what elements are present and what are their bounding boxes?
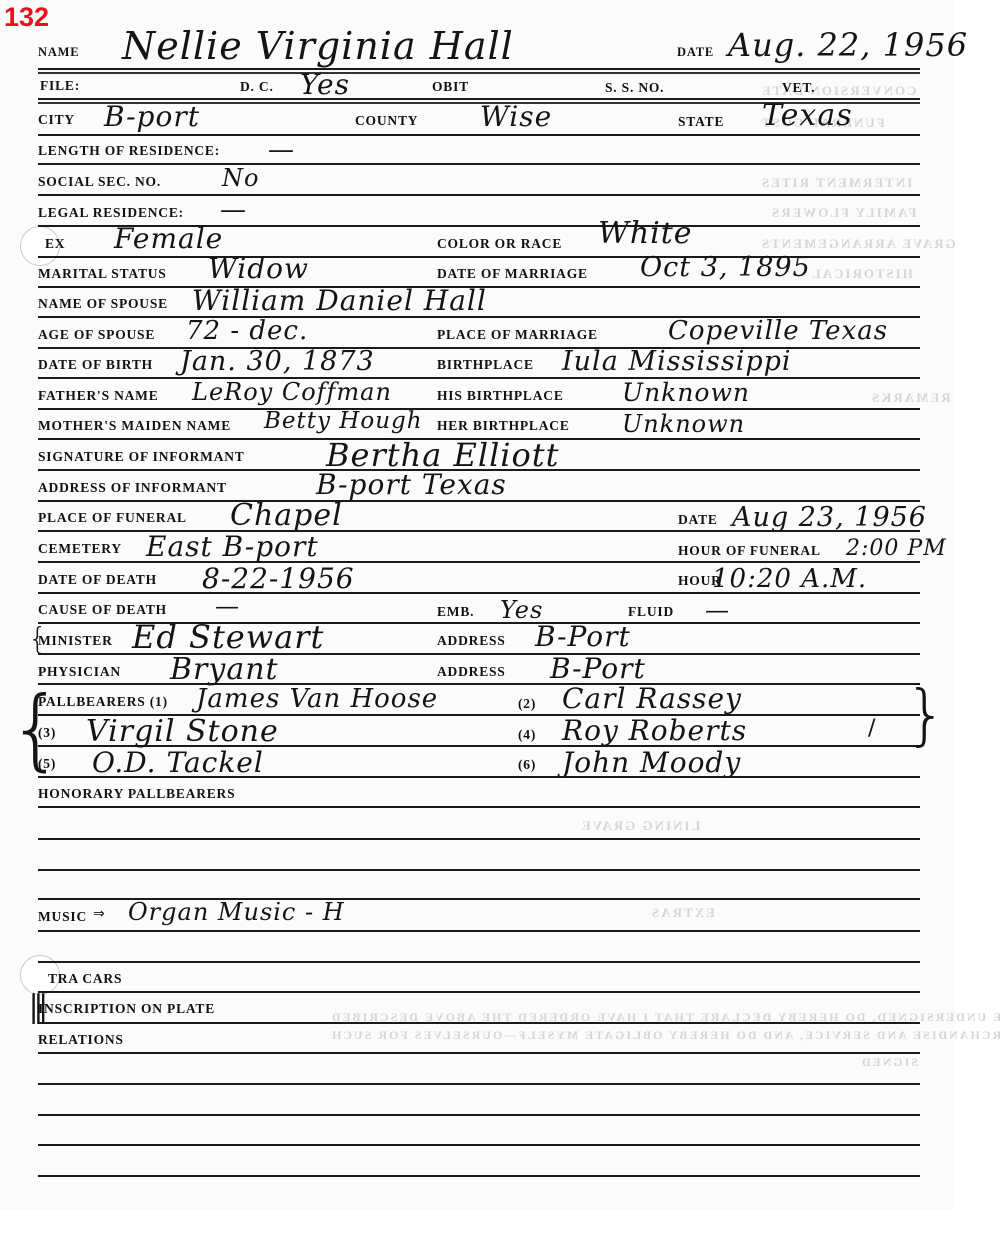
rule-blank-4 [38, 961, 920, 963]
label-his-birthplace: HIS BIRTHPLACE [437, 388, 564, 404]
value-city: B-port [104, 100, 200, 133]
label-social-sec-no: SOCIAL SEC. NO. [38, 174, 161, 190]
label-sex: EX [45, 236, 65, 252]
value-music: Organ Music - H [128, 898, 345, 926]
value-social-sec-no: No [222, 164, 259, 192]
value-dc: Yes [300, 68, 350, 101]
value-pallbearer-2: Carl Rassey [562, 682, 742, 715]
label-date-of-birth: DATE OF BIRTH [38, 357, 153, 373]
label-pallbearer-2: (2) [518, 696, 536, 712]
label-legal-residence: LEGAL RESIDENCE: [38, 205, 184, 221]
rule-dob [38, 377, 920, 379]
label-color-or-race: COLOR OR RACE [437, 236, 562, 252]
value-place-of-marriage: Copeville Texas [668, 316, 888, 346]
label-music: MUSIC [38, 909, 87, 925]
label-mothers-maiden-name: MOTHER'S MAIDEN NAME [38, 418, 231, 434]
label-address-of-informant: ADDRESS OF INFORMANT [38, 480, 227, 496]
label-fluid: FLUID [628, 604, 674, 620]
label-file: FILE: [40, 78, 80, 94]
label-physician-address: ADDRESS [437, 664, 506, 680]
rule-blank-2 [38, 869, 920, 871]
label-minister-address: ADDRESS [437, 633, 506, 649]
label-county: COUNTY [355, 113, 418, 129]
bleed-extras: EXTRAS [650, 905, 715, 921]
label-place-of-marriage: PLACE OF MARRIAGE [437, 327, 598, 343]
value-physician-address: B-Port [550, 652, 646, 685]
rule-blank-5 [38, 1083, 920, 1085]
rule-relations [38, 1052, 920, 1054]
label-pallbearer-6: (6) [518, 757, 536, 773]
label-age-of-spouse: AGE OF SPOUSE [38, 327, 155, 343]
rule-blank-1 [38, 838, 920, 840]
value-funeral-date: Aug 23, 1956 [732, 502, 927, 533]
bleed-lining-grave: LINING GRAVE [580, 818, 700, 834]
label-date: DATE [677, 45, 714, 60]
value-fathers-name: LeRoy Coffman [192, 378, 392, 406]
label-name-of-spouse: NAME OF SPOUSE [38, 296, 168, 312]
bleed-historical: HISTORICAL [810, 266, 913, 282]
rule-father [38, 408, 920, 410]
value-county: Wise [480, 100, 552, 133]
value-date-of-birth: Jan. 30, 1873 [180, 346, 375, 377]
value-length-of-residence: — [268, 135, 295, 165]
brace-pallbearers-left-icon: { [8, 685, 64, 773]
rule-social-sec [38, 194, 920, 196]
value-legal-residence: — [220, 195, 247, 225]
rule-city [38, 134, 920, 136]
value-mothers-maiden-name: Betty Hough [264, 408, 423, 434]
label-hour-of-funeral: HOUR OF FUNERAL [678, 543, 821, 559]
value-date-of-death: 8-22-1956 [202, 562, 355, 595]
value-pallbearer-1: James Van Hoose [196, 684, 438, 714]
value-cause-of-death: — [215, 592, 240, 620]
value-minister-address: B-Port [535, 620, 631, 653]
value-minister: Ed Stewart [132, 618, 324, 656]
rule-inscription [38, 1022, 920, 1024]
value-date-of-marriage: Oct 3, 1895 [640, 252, 811, 283]
bleed-statement-2: MERCHANDISE AND SERVICE, AND DO HEREBY O… [330, 1028, 1000, 1043]
value-sex: Female [114, 222, 223, 255]
value-birthplace: Iula Mississippi [562, 346, 792, 377]
label-pallbearer-4: (4) [518, 727, 536, 743]
page-number: 132 [4, 2, 49, 33]
value-pallbearer-6: John Moody [562, 746, 741, 779]
rule-blank-6 [38, 1114, 920, 1116]
label-obit: OBIT [432, 79, 469, 95]
bleed-remarks: REMARKS [870, 390, 950, 406]
value-marital-status: Widow [208, 252, 309, 285]
value-color-or-race: White [598, 216, 693, 251]
value-cemetery: East B-port [146, 530, 319, 563]
label-fathers-name: FATHER'S NAME [38, 388, 159, 404]
value-pallbearer-4: Roy Roberts [562, 714, 747, 747]
label-date-of-marriage: DATE OF MARRIAGE [437, 266, 588, 282]
arrow-mark-icon: ⇒ [93, 906, 105, 922]
check-mark-icon: / [868, 716, 875, 741]
value-hour: 10:20 A.M. [712, 564, 867, 594]
value-date: Aug. 22, 1956 [728, 26, 968, 64]
label-state: STATE [678, 114, 724, 130]
value-her-birthplace: Unknown [622, 410, 745, 438]
value-address-of-informant: B-port Texas [316, 468, 507, 501]
bleed-grave-arrangements: GRAVE ARRANGEMENTS [760, 236, 956, 252]
value-his-birthplace: Unknown [622, 378, 750, 407]
label-dc: D. C. [240, 79, 274, 95]
rule-music [38, 930, 920, 932]
rule-extra-cars [38, 991, 920, 993]
label-inscription-on-plate: INSCRIPTION ON PLATE [38, 1001, 215, 1017]
label-length-of-residence: LENGTH OF RESIDENCE: [38, 143, 220, 159]
value-place-of-funeral: Chapel [230, 498, 343, 533]
rule-blank-8 [38, 1175, 920, 1177]
label-date-of-death: DATE OF DEATH [38, 572, 157, 588]
label-ss-no: S. S. NO. [605, 80, 664, 96]
bleed-statement-3: SIGNED [860, 1055, 918, 1070]
label-relations: RELATIONS [38, 1032, 124, 1048]
label-name: NAME [38, 45, 79, 60]
label-honorary-pallbearers: HONORARY PALLBEARERS [38, 786, 235, 802]
rule-length-residence [38, 163, 920, 165]
label-funeral-date: DATE [678, 512, 718, 528]
value-name-of-spouse: William Daniel Hall [192, 284, 487, 317]
label-place-of-funeral: PLACE OF FUNERAL [38, 510, 187, 526]
bleed-interment-rites: INTERMENT RITES [760, 175, 912, 191]
value-name: Nellie Virginia Hall [122, 24, 514, 68]
brace-pallbearers-right-icon: } [905, 682, 947, 748]
label-birthplace: BIRTHPLACE [437, 357, 534, 373]
label-emb: EMB. [437, 604, 474, 620]
label-signature-of-informant: SIGNATURE OF INFORMANT [38, 449, 245, 465]
brace-minister-icon: { [28, 622, 47, 657]
value-pallbearer-3: Virgil Stone [86, 714, 279, 749]
value-hour-of-funeral: 2:00 PM [846, 536, 947, 561]
label-her-birthplace: HER BIRTHPLACE [437, 418, 570, 434]
rule-honorary [38, 806, 920, 808]
rule-blank-7 [38, 1144, 920, 1146]
label-cemetery: CEMETERY [38, 541, 122, 557]
value-pallbearer-5: O.D. Tackel [92, 746, 264, 779]
value-age-of-spouse: 72 - dec. [186, 316, 308, 346]
value-state: Texas [762, 98, 853, 133]
relations-bracket-icon: ⫴ [30, 990, 47, 1030]
label-minister: MINISTER [38, 633, 113, 649]
rule-name-double [38, 72, 920, 74]
value-physician: Bryant [170, 652, 279, 687]
label-vet: VET. [782, 80, 815, 96]
bleed-family-flowers: FAMILY FLOWERS [770, 205, 916, 221]
label-extra-cars: TRA CARS [48, 971, 122, 987]
rule-name [38, 68, 920, 70]
label-marital-status: MARITAL STATUS [38, 266, 167, 282]
value-fluid: — [705, 596, 730, 624]
page-margin [955, 0, 1000, 1259]
label-cause-of-death: CAUSE OF DEATH [38, 602, 167, 618]
label-city: CITY [38, 112, 75, 128]
